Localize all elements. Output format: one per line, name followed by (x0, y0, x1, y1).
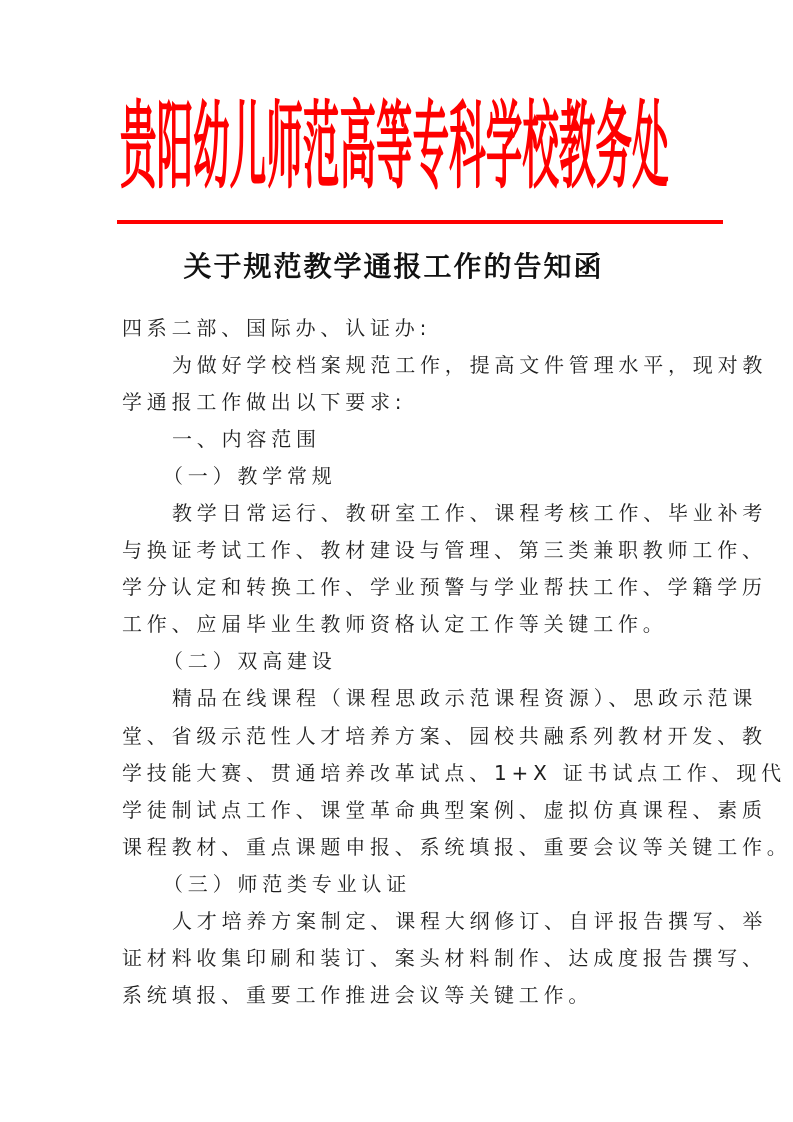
subsection-heading: （二）双高建设 (122, 645, 682, 682)
paragraph-line: 与换证考试工作、教材建设与管理、第三类兼职教师工作、 (122, 534, 682, 571)
paragraph-line: 工作、应届毕业生教师资格认定工作等关键工作。 (122, 608, 682, 645)
paragraph-line: 学技能大赛、贯通培养改革试点、1+X 证书试点工作、现代 (122, 757, 682, 794)
salutation-line: 四系二部、国际办、认证办: (122, 312, 682, 349)
paragraph-line: 学徒制试点工作、课堂革命典型案例、虚拟仿真课程、素质 (122, 794, 682, 831)
letterhead-red-rule (117, 220, 723, 224)
letterhead-org-name: 贵阳幼儿师范高等专科学校教务处 (120, 77, 669, 214)
paragraph-line: 证材料收集印刷和装订、案头材料制作、达成度报告撰写、 (122, 942, 682, 979)
paragraph-line: 人才培养方案制定、课程大纲修订、自评报告撰写、举 (122, 905, 682, 942)
subsection-heading: （一）教学常规 (122, 460, 682, 497)
paragraph-line: 为做好学校档案规范工作，提高文件管理水平，现对教 (122, 349, 682, 386)
section-heading: 一、内容范围 (122, 423, 682, 460)
letterhead: 贵阳幼儿师范高等专科学校教务处 (120, 94, 706, 198)
document-title: 关于规范教学通报工作的告知函 (0, 247, 793, 287)
paragraph-line: 课程教材、重点课题申报、系统填报、重要会议等关键工作。 (122, 831, 682, 868)
paragraph-line: 学分认定和转换工作、学业预警与学业帮扶工作、学籍学历 (122, 571, 682, 608)
document-body: 四系二部、国际办、认证办: 为做好学校档案规范工作，提高文件管理水平，现对教 学… (122, 312, 682, 1016)
paragraph-line: 精品在线课程（课程思政示范课程资源）、思政示范课 (122, 682, 682, 719)
paragraph-line: 学通报工作做出以下要求: (122, 386, 682, 423)
paragraph-line: 系统填报、重要工作推进会议等关键工作。 (122, 979, 682, 1016)
document-page: 贵阳幼儿师范高等专科学校教务处 关于规范教学通报工作的告知函 四系二部、国际办、… (0, 0, 793, 1122)
paragraph-line: 堂、省级示范性人才培养方案、园校共融系列教材开发、教 (122, 720, 682, 757)
paragraph-line: 教学日常运行、教研室工作、课程考核工作、毕业补考 (122, 497, 682, 534)
subsection-heading: （三）师范类专业认证 (122, 868, 682, 905)
